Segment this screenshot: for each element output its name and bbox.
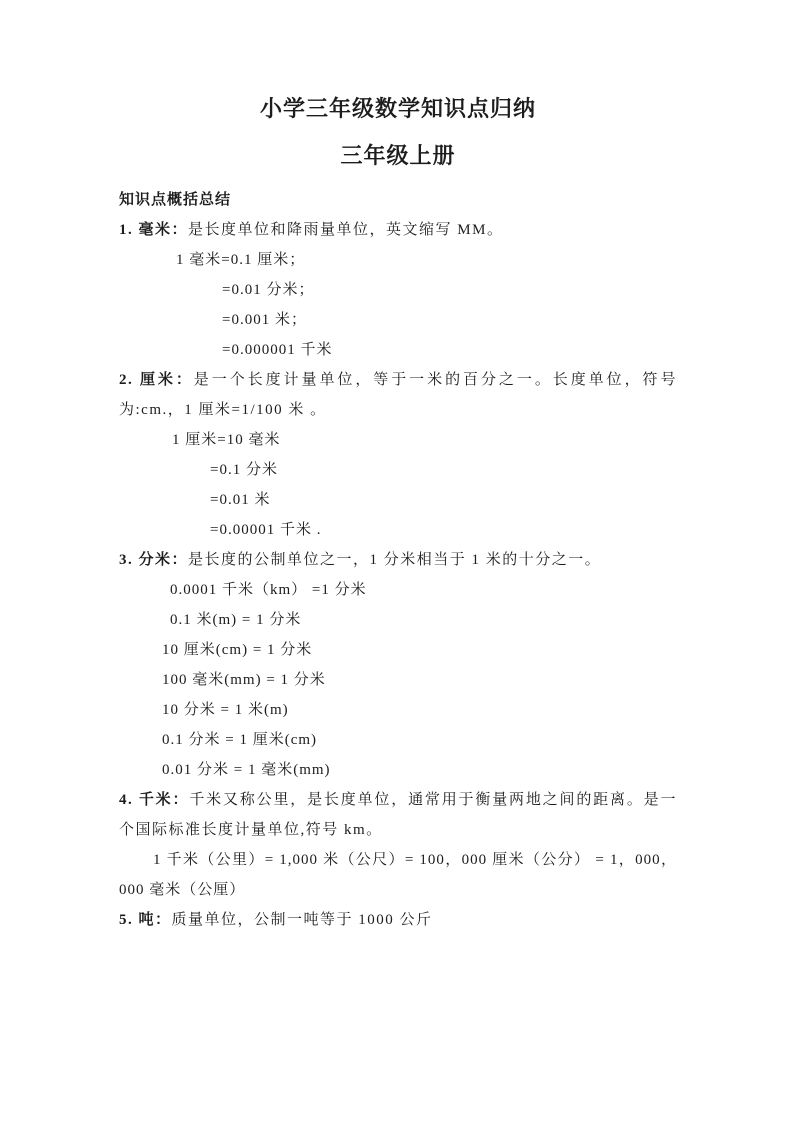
item-3-conversion-line: 10 厘米(cm) = 1 分米	[119, 635, 677, 665]
item-1-definition: 是长度单位和降雨量单位，英文缩写 MM。	[188, 222, 503, 238]
item-2-conversion-line: =0.1 分米	[119, 455, 677, 485]
item-4-conversion-line: 1 千米（公里）= 1,000 米（公尺）= 100，000 厘米（公分） = …	[119, 845, 677, 905]
document-title: 小学三年级数学知识点归纳	[119, 94, 677, 124]
item-2-conversion-line: =0.01 米	[119, 485, 677, 515]
item-4-term: 4. 千米：	[119, 792, 189, 808]
item-3-term: 3. 分米：	[119, 552, 188, 568]
document-page: 小学三年级数学知识点归纳 三年级上册 知识点概括总结 1. 毫米：是长度单位和降…	[0, 0, 793, 1122]
document-subtitle: 三年级上册	[119, 141, 677, 171]
item-5-definition: 质量单位，公制一吨等于 1000 公斤	[172, 912, 433, 928]
item-3-conversion-line: 10 分米 = 1 米(m)	[119, 695, 677, 725]
item-2-conversion-line: =0.00001 千米 .	[119, 515, 677, 545]
item-1-conversion-line: 1 毫米=0.1 厘米；	[119, 245, 677, 275]
item-2-definition: 是一个长度计量单位，等于一米的百分之一。长度单位，符号为:cm.，1 厘米=1/…	[119, 372, 677, 418]
item-3-conversion-line: 100 毫米(mm) = 1 分米	[119, 665, 677, 695]
item-1-conversion-line: =0.001 米；	[119, 305, 677, 335]
section-heading: 知识点概括总结	[119, 185, 677, 215]
item-3-definition: 是长度的公制单位之一，1 分米相当于 1 米的十分之一。	[188, 552, 601, 568]
item-5-paragraph: 5. 吨：质量单位，公制一吨等于 1000 公斤	[119, 905, 677, 935]
item-2-paragraph: 2. 厘米：是一个长度计量单位，等于一米的百分之一。长度单位，符号为:cm.，1…	[119, 365, 677, 425]
item-1-paragraph: 1. 毫米：是长度单位和降雨量单位，英文缩写 MM。	[119, 215, 677, 245]
item-3-conversion-line: 0.0001 千米（km） =1 分米	[119, 575, 677, 605]
item-4-paragraph: 4. 千米：千米又称公里，是长度单位，通常用于衡量两地之间的距离。是一个国际标准…	[119, 785, 677, 845]
item-3-conversion-line: 0.01 分米 = 1 毫米(mm)	[119, 755, 677, 785]
item-3-conversion-line: 0.1 米(m) = 1 分米	[119, 605, 677, 635]
item-3-paragraph: 3. 分米：是长度的公制单位之一，1 分米相当于 1 米的十分之一。	[119, 545, 677, 575]
item-1-term: 1. 毫米：	[119, 222, 188, 238]
item-4-definition: 千米又称公里，是长度单位，通常用于衡量两地之间的距离。是一个国际标准长度计量单位…	[119, 792, 677, 838]
item-3-conversion-line: 0.1 分米 = 1 厘米(cm)	[119, 725, 677, 755]
item-2-conversion-line: 1 厘米=10 毫米	[119, 425, 677, 455]
item-1-conversion-line: =0.01 分米；	[119, 275, 677, 305]
item-1-conversion-line: =0.000001 千米	[119, 335, 677, 365]
item-2-term: 2. 厘米：	[119, 372, 194, 388]
item-5-term: 5. 吨：	[119, 912, 172, 928]
